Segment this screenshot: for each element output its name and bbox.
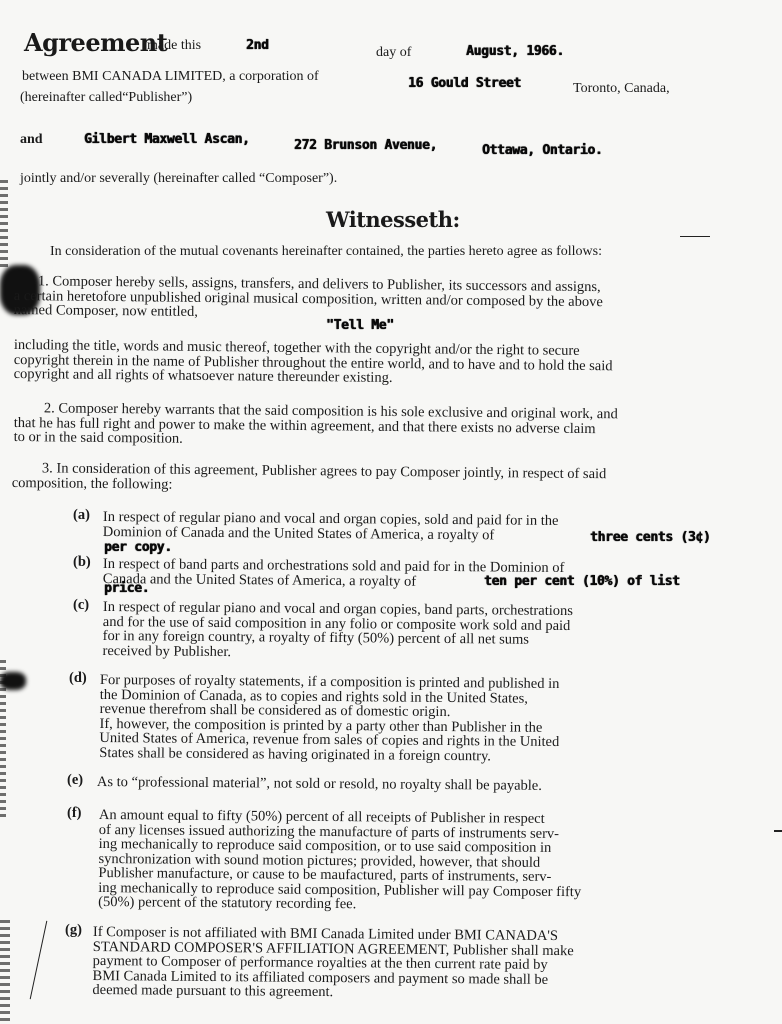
- stray-mark: [30, 921, 48, 999]
- scan-edge-mark: [0, 920, 10, 1024]
- item-c: In respect of regular piano and vocal an…: [102, 600, 654, 663]
- scan-edge-mark: [0, 180, 8, 270]
- date-value: August, 1966.: [466, 44, 564, 59]
- item-a-royalty-unit: per copy.: [104, 540, 172, 555]
- item-e-label: (e): [67, 772, 83, 789]
- item-e: As to “professional material”, not sold …: [97, 775, 542, 793]
- item-b-royalty-unit: price.: [104, 581, 149, 596]
- item-e-line: As to “professional material”, not sold …: [97, 775, 542, 793]
- item-g: If Composer is not affiliated with BMI C…: [92, 925, 645, 1002]
- publisher-address: 16 Gould Street: [408, 76, 521, 91]
- composer-address: 272 Brunson Avenue,: [294, 138, 437, 153]
- composer-name: Gilbert Maxwell Ascan,: [84, 132, 250, 147]
- item-f-label: (f): [67, 805, 82, 822]
- composer-city: Ottawa, Ontario.: [482, 143, 602, 158]
- between-text: between BMI CANADA LIMITED, a corporatio…: [22, 69, 319, 85]
- item-b-royalty: ten per cent (10%) of list: [484, 574, 680, 589]
- song-title: "Tell Me": [326, 318, 394, 333]
- stray-mark: [774, 830, 782, 832]
- agreement-page: Agreement made this 2nd day of August, 1…: [0, 0, 782, 1024]
- item-a-label: (a): [73, 507, 90, 524]
- and-label: and: [20, 132, 43, 148]
- publisher-called: (hereinafter called“Publisher”): [20, 90, 192, 106]
- item-b-label: (b): [73, 554, 91, 571]
- clause-1-continuation: including the title, words and music the…: [14, 338, 724, 389]
- stray-mark: [680, 236, 710, 237]
- item-g-label: (g): [65, 922, 82, 939]
- publisher-city: Toronto, Canada,: [573, 81, 670, 97]
- item-a-royalty: three cents (3¢): [590, 530, 710, 545]
- clause-3: 3. In consideration of this agreement, P…: [12, 461, 722, 497]
- item-d-label: (d): [69, 670, 87, 687]
- document-title: Agreement: [24, 28, 167, 57]
- day-of-label: day of: [376, 45, 411, 61]
- consideration-text: In consideration of the mutual covenants…: [50, 244, 726, 260]
- composer-called: jointly and/or severally (hereinafter ca…: [20, 171, 337, 187]
- item-a: In respect of regular piano and vocal an…: [103, 510, 559, 543]
- scan-smudge: [0, 672, 26, 690]
- day-value: 2nd: [246, 38, 269, 53]
- item-d: For purposes of royalty statements, if a…: [99, 673, 652, 765]
- witnesseth-heading: Witnesseth:: [326, 207, 460, 232]
- item-f: An amount equal to fifty (50%) percent o…: [98, 808, 651, 914]
- made-this-label: made this: [147, 38, 201, 54]
- item-c-label: (c): [73, 597, 89, 614]
- clause-2: 2. Composer hereby warrants that the sai…: [14, 401, 724, 452]
